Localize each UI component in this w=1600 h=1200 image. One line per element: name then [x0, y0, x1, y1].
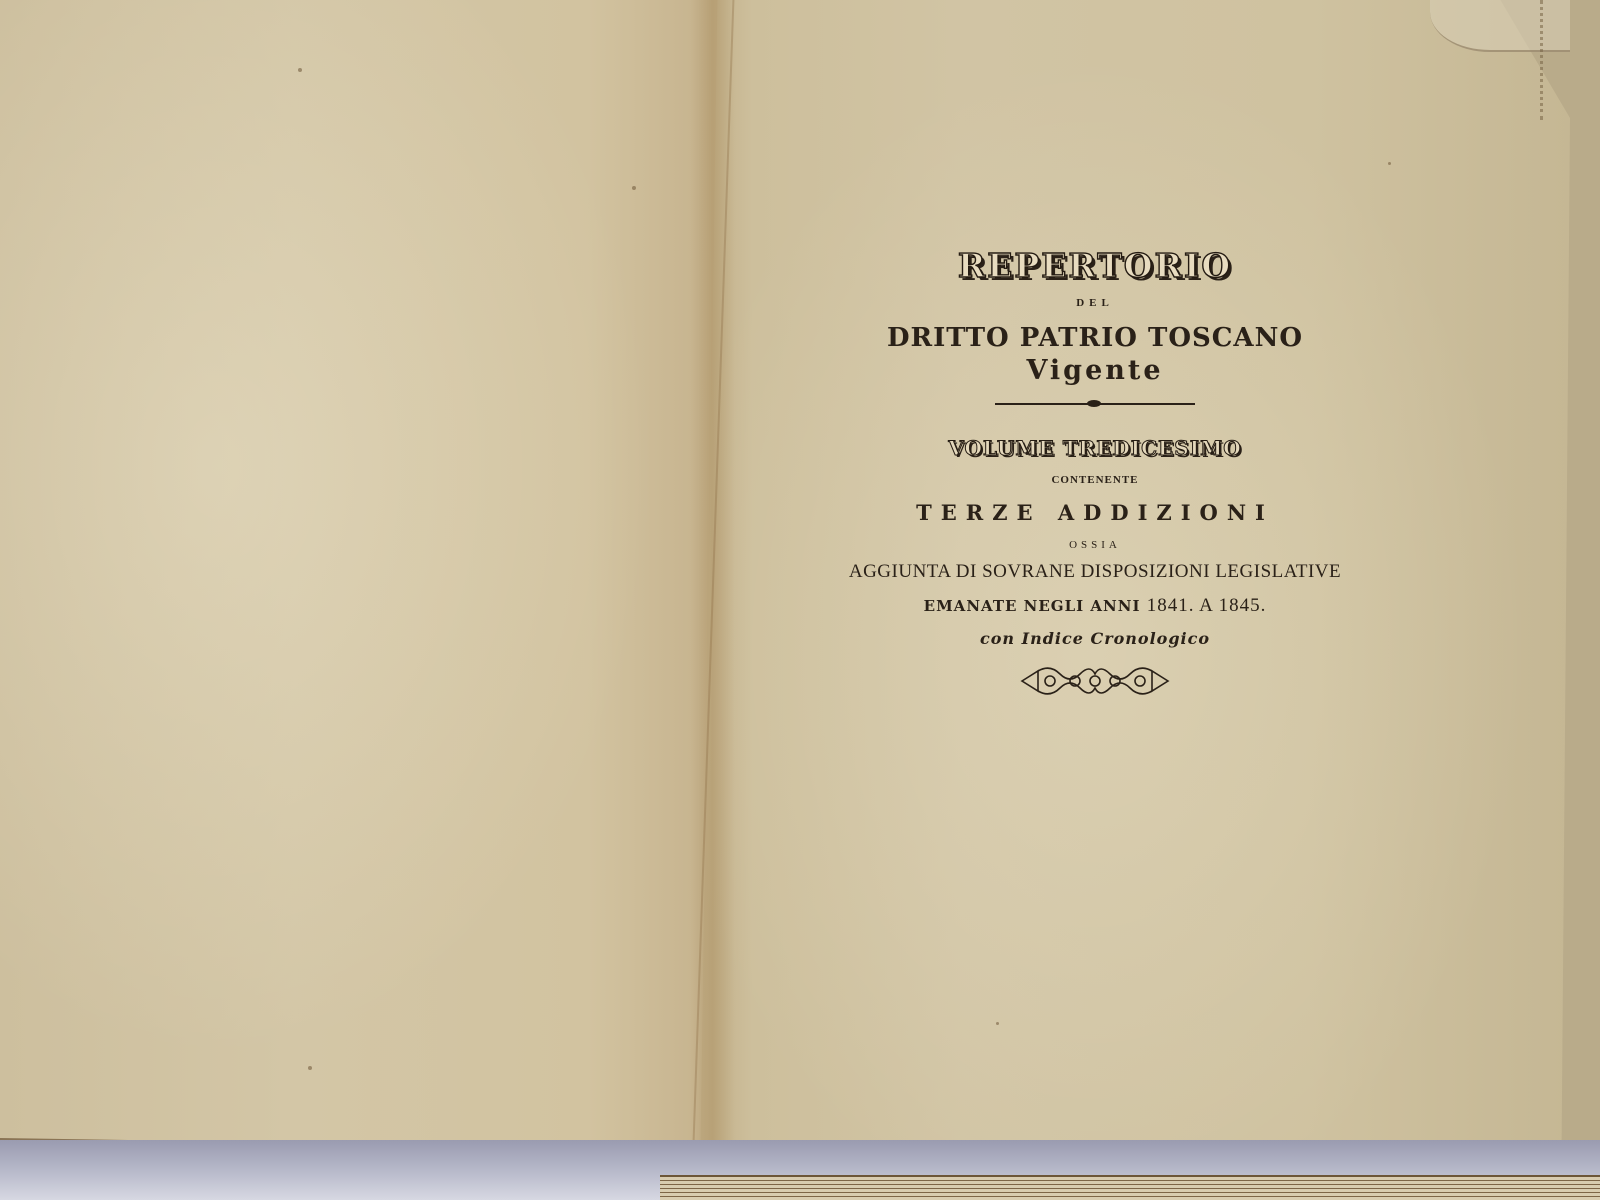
foxing-spot — [1388, 162, 1391, 165]
ornament-icon — [1020, 666, 1170, 696]
foxing-spot — [632, 186, 636, 190]
title-page-text: REPERTORIO DEL DRITTO PATRIO TOSCANO Vig… — [800, 240, 1390, 696]
torn-edge — [1540, 0, 1573, 120]
book-photo: REPERTORIO DEL DRITTO PATRIO TOSCANO Vig… — [0, 0, 1600, 1200]
vigente-line: Vigente — [800, 355, 1390, 386]
foxing-spot — [996, 1022, 999, 1025]
del-line: DEL — [800, 297, 1390, 309]
left-page — [0, 0, 735, 1165]
foxing-spot — [308, 1066, 312, 1070]
contenente-line: CONTENENTE — [800, 474, 1390, 486]
emanate-prefix: EMANATE NEGLI ANNI — [924, 597, 1141, 615]
emanate-line: EMANATE NEGLI ANNI 1841. A 1845. — [800, 595, 1390, 617]
ossia-line: OSSIA — [800, 539, 1390, 551]
years: 1841. A 1845. — [1147, 595, 1267, 616]
foxing-spot — [298, 68, 302, 72]
subject-line: DRITTO PATRIO TOSCANO — [800, 323, 1390, 353]
decorative-rule — [995, 400, 1195, 408]
page-block-edges — [660, 1175, 1600, 1200]
indice-line: con Indice Cronologico — [800, 629, 1390, 648]
terze-addizioni-line: TERZE ADDIZIONI — [800, 500, 1390, 525]
aggiunta-line: AGGIUNTA DI SOVRANE DISPOSIZIONI LEGISLA… — [800, 561, 1390, 583]
book-title: REPERTORIO — [800, 246, 1390, 285]
volume-line: VOLUME TREDICESIMO — [800, 436, 1390, 460]
